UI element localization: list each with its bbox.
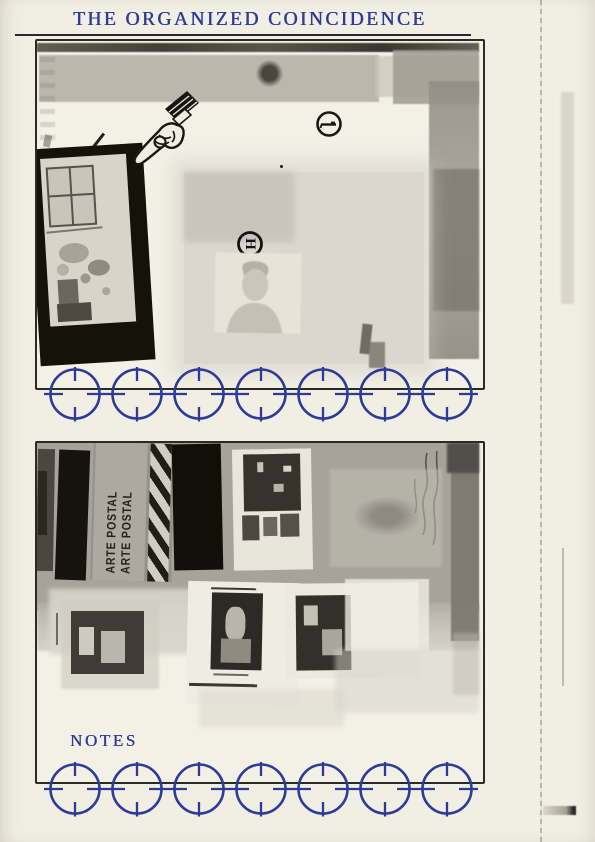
- speck-dot: [280, 165, 283, 168]
- figure-highlight: [221, 639, 251, 664]
- scan-smudge-line: [562, 548, 564, 686]
- left-edge-strip-dark: [38, 471, 47, 535]
- photo-left: [71, 611, 144, 674]
- tick-line: [56, 613, 58, 645]
- stamp: [280, 514, 299, 537]
- image-highlight: [283, 466, 291, 472]
- caption-line: [213, 673, 248, 676]
- portrait-photocopy: [214, 252, 301, 333]
- smudge-patch: [361, 324, 389, 370]
- fold-line: [540, 0, 542, 842]
- postcard-stamps: [232, 448, 313, 570]
- stamp: [242, 515, 259, 540]
- image-highlight: [257, 462, 263, 472]
- stamp: [263, 517, 277, 536]
- zine-page: THE ORGANIZED COINCIDENCE NOTES: [0, 0, 595, 842]
- scan-smudge-column: [561, 92, 574, 304]
- circled-letter: H: [242, 238, 258, 250]
- bottom-fade-patch: [335, 649, 479, 713]
- right-dark-blotch: [447, 443, 479, 473]
- portrait-figure: [214, 252, 301, 333]
- arte-postal-line: ARTE POSTAL: [118, 466, 135, 574]
- envelope-topline: [211, 587, 256, 590]
- notes-label-bottom: NOTES: [70, 731, 138, 751]
- ink-blob: [256, 60, 283, 87]
- framed-photo-scene: [40, 154, 136, 327]
- circled-dash-stamp-icon: [314, 109, 344, 139]
- figure-highlight: [304, 605, 318, 625]
- black-bar-left: [55, 449, 91, 580]
- faded-card-behind: [330, 469, 442, 567]
- black-bar-center: [172, 444, 224, 571]
- figure-highlight: [79, 627, 94, 655]
- photocopy-right-column-dark: [433, 169, 479, 311]
- framed-photo-image: [40, 154, 136, 327]
- airmail-stripes: [147, 443, 172, 582]
- arte-postal-text: ARTE POSTAL ARTE POSTAL: [92, 445, 145, 574]
- white-sheet-overlap: [345, 579, 429, 651]
- envelope-center: [186, 581, 302, 706]
- bottom-fade-patch: [199, 689, 344, 727]
- title-underline: [15, 34, 471, 36]
- image-highlight: [274, 484, 284, 492]
- scan-smudge-bottom: [543, 806, 576, 815]
- arte-postal-envelope: ARTE POSTAL ARTE POSTAL: [90, 443, 175, 582]
- figure-highlight: [101, 631, 125, 663]
- collage-panel-bottom-inner: ARTE POSTAL ARTE POSTAL: [37, 443, 483, 782]
- hand-ink-drawing: [129, 87, 211, 187]
- collage-panel-top-inner: NOTES: [37, 41, 483, 388]
- page-title: THE ORGANIZED COINCIDENCE: [73, 9, 427, 31]
- long-underline: [189, 683, 257, 687]
- figure-highlight: [225, 607, 246, 641]
- envelope-photo: [210, 592, 263, 670]
- collage-panel-top: NOTES: [35, 39, 485, 390]
- postcard-image: [243, 454, 301, 512]
- collage-panel-bottom: ARTE POSTAL ARTE POSTAL: [35, 441, 485, 784]
- arte-postal-line: ARTE POSTAL: [103, 466, 120, 574]
- smudge-part: [369, 342, 385, 368]
